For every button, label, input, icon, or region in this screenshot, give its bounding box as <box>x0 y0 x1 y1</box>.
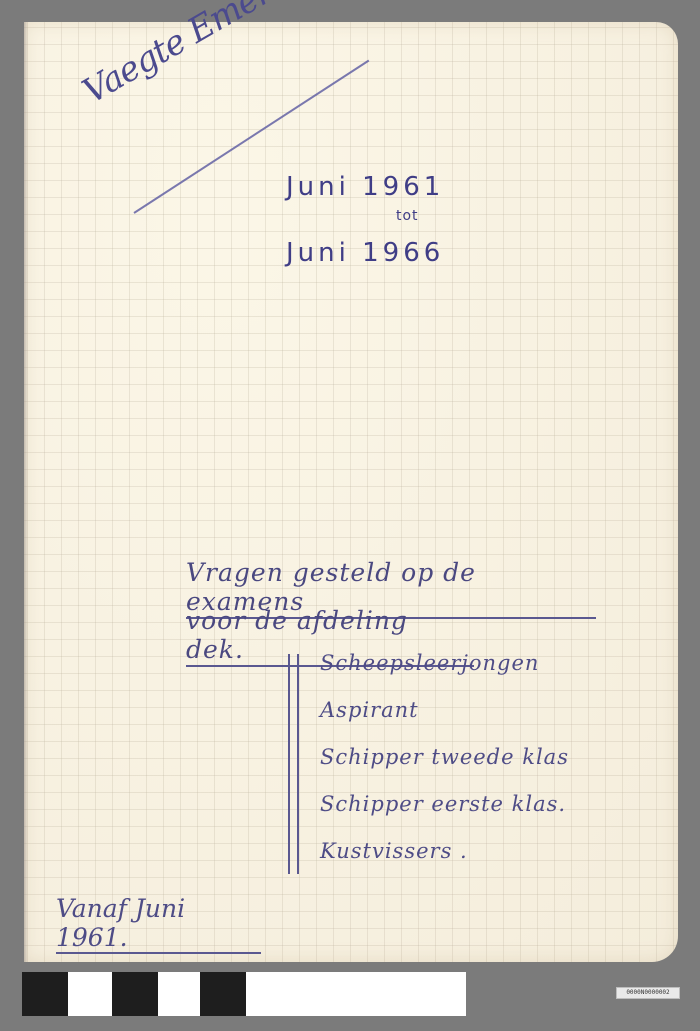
date-end: Juni 1966 <box>286 238 546 268</box>
swatch-black <box>112 972 158 1016</box>
footer-note: Vanaf Juni 1961. <box>56 894 261 954</box>
list-item: Schipper tweede klas <box>320 742 569 789</box>
notebook-page: Vaegte Emere Juni 1961 tot Juni 1966 Vra… <box>24 22 678 962</box>
list-item: Scheepsleerjongen <box>320 648 569 695</box>
swatch-white <box>246 972 466 1016</box>
swatch-black <box>200 972 246 1016</box>
double-bracket-line <box>288 654 299 874</box>
scan-color-target <box>22 972 466 1016</box>
archive-id-label: 0000N0000002 <box>616 987 680 999</box>
date-start: Juni 1961 <box>286 172 536 202</box>
list-item: Schipper eerste klas. <box>320 789 569 836</box>
swatch-white <box>158 972 200 1016</box>
signature: Vaegte Emere <box>76 0 295 112</box>
swatch-white <box>68 972 112 1016</box>
paper-binding-edge <box>24 22 28 962</box>
swatch-black <box>22 972 68 1016</box>
date-connector: tot <box>396 208 456 224</box>
list-item: Aspirant <box>320 695 569 742</box>
list-item: Kustvissers . <box>320 836 569 883</box>
exam-levels-list: Scheepsleerjongen Aspirant Schipper twee… <box>320 648 569 883</box>
